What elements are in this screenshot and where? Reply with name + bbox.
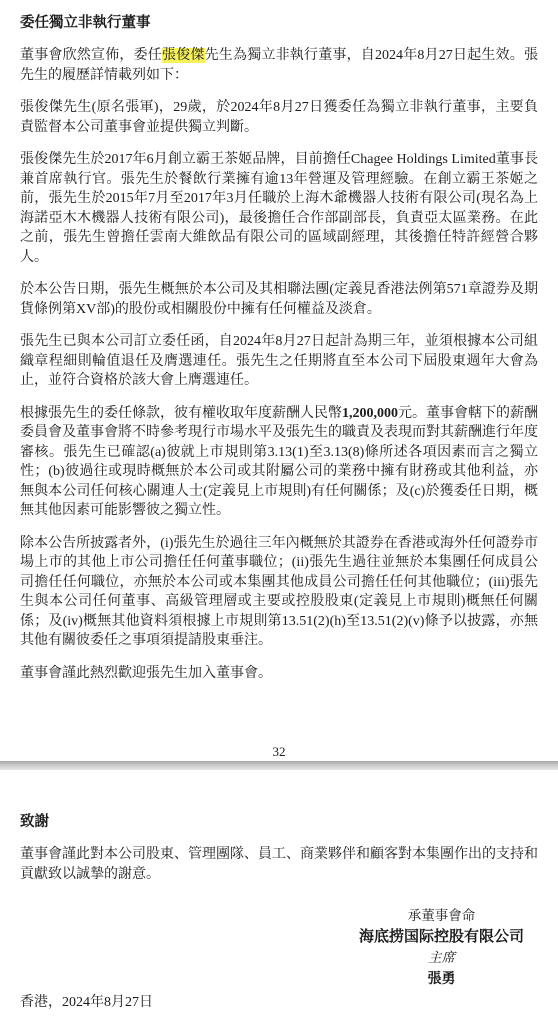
paragraph-other-disclosures: 除本公告所披露者外，(i)張先生於過往三年內概無於其證券在香港或海外任何證券市場… bbox=[20, 534, 538, 651]
paragraph-appointee-summary: 張俊傑先生(原名張軍)，29歲，於2024年8月27日獲委任為獨立非執行董事，主… bbox=[20, 98, 538, 137]
paragraph-board-welcome: 董事會謹此熱烈歡迎張先生加入董事會。 bbox=[20, 664, 538, 684]
by-order-of-board-line: 承董事會命 bbox=[359, 905, 524, 926]
page-2: 致謝 董事會謹此對本公司股東、管理團隊、員工、商業夥伴和顧客對本集團作出的支持和… bbox=[0, 770, 558, 1013]
paragraph-appointment-letter-term: 張先生已與本公司訂立委任函，自2024年8月27日起計為期三年，並須根據本公司組… bbox=[20, 332, 538, 391]
paragraph-shareholding-interest: 於本公告日期，張先生概無於本公司及其相聯法團(定義見香港法例第571章證券及期貨… bbox=[20, 280, 538, 319]
page-1: 委任獨立非執行董事 董事會欣然宣佈，委任張俊傑先生為獨立非執行董事，自2024年… bbox=[0, 0, 558, 761]
section-title-acknowledgement: 致謝 bbox=[20, 811, 538, 833]
section-title-appointment: 委任獨立非執行董事 bbox=[20, 12, 538, 34]
page-separator bbox=[0, 761, 558, 770]
signature-block: 承董事會命 海底捞国际控股有限公司 主席 張勇 bbox=[359, 905, 524, 989]
paragraph-career-history: 張俊傑先生於2017年6月創立霸王茶姬品牌，目前擔任Chagee Holding… bbox=[20, 150, 538, 267]
paragraph-remuneration-independence: 根據張先生的委任條款，彼有權收取年度薪酬人民幣1,200,000元。董事會轄下的… bbox=[20, 404, 538, 521]
announcement-document: 委任獨立非執行董事 董事會欣然宣佈，委任張俊傑先生為獨立非執行董事，自2024年… bbox=[0, 0, 558, 1013]
chairman-name: 張勇 bbox=[359, 968, 524, 989]
company-name: 海底捞国际控股有限公司 bbox=[359, 926, 524, 947]
page-number: 32 bbox=[20, 743, 538, 761]
annual-salary-amount: 1,200,000 bbox=[342, 406, 398, 421]
paragraph-announcement: 董事會欣然宣佈，委任張俊傑先生為獨立非執行董事，自2024年8月27日起生效。張… bbox=[20, 46, 538, 85]
remuneration-text-after: 元。董事會轄下的薪酬委員會及董事會將不時參考現行市場水平及張先生的職責及表現而對… bbox=[20, 406, 538, 519]
remuneration-text-before: 根據張先生的委任條款，彼有權收取年度薪酬人民幣 bbox=[20, 406, 342, 421]
signature-block-wrapper: 承董事會命 海底捞国际控股有限公司 主席 張勇 bbox=[20, 905, 538, 989]
chairman-title: 主席 bbox=[359, 947, 524, 968]
announcement-text-before: 董事會欣然宣佈，委任 bbox=[20, 48, 162, 63]
paragraph-acknowledgement: 董事會謹此對本公司股東、管理團隊、員工、商業夥伴和顧客對本集團作出的支持和貢獻致… bbox=[20, 845, 538, 884]
highlighted-appointee-name: 張俊傑 bbox=[162, 48, 205, 63]
place-date-line: 香港，2024年8月27日 bbox=[20, 993, 538, 1013]
